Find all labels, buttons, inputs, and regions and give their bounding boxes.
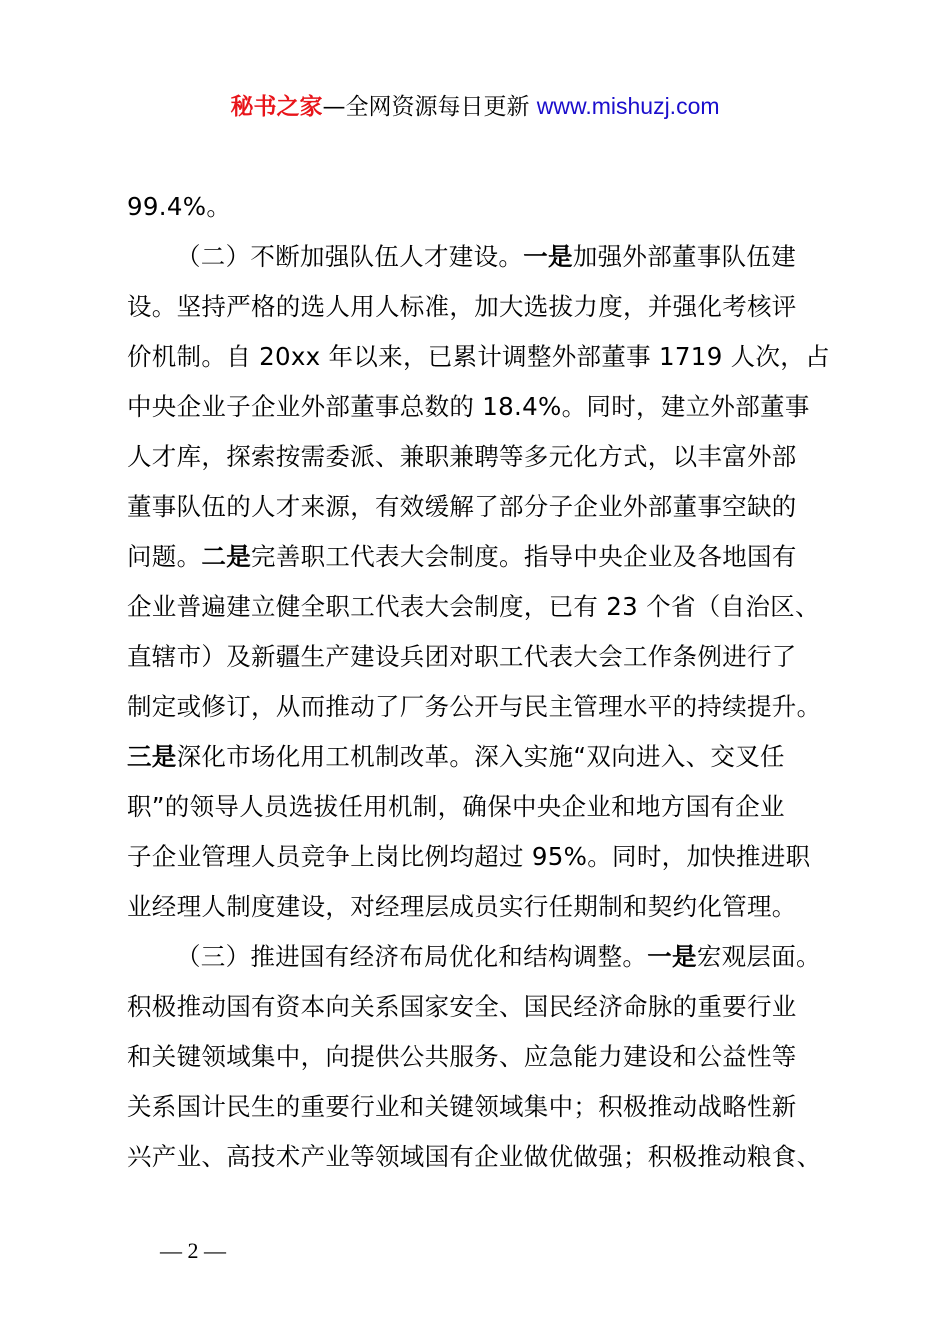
body-line: 兴产业、高技术产业等领域国有企业做优做强；积极推动粮食、 [127, 1138, 821, 1173]
header-tagline: —全网资源每日更新 [322, 94, 529, 120]
body-line: 人才库，探索按需委派、兼职兼聘等多元化方式，以丰富外部 [127, 438, 797, 473]
body-line: 董事队伍的人才来源，有效缓解了部分子企业外部董事空缺的 [127, 488, 797, 523]
body-line: 制定或修订，从而推动了厂务公开与民主管理水平的持续提升。 [127, 688, 821, 723]
section-heading-line: （二）不断加强队伍人才建设。一是加强外部董事队伍建 [176, 238, 796, 273]
section-heading-line: （三）推进国有经济布局优化和结构调整。一是宏观层面。 [176, 938, 821, 973]
site-header: 秘书之家—全网资源每日更新 www.mishuzj.com [0, 88, 950, 121]
body-line: 三是深化市场化用工机制改革。深入实施“双向进入、交叉任 [127, 738, 785, 773]
bold-marker: 一是 [647, 942, 697, 971]
bold-marker: 一是 [523, 242, 573, 271]
body-line: 问题。二是完善职工代表大会制度。指导中央企业及各地国有 [127, 538, 797, 573]
body-line: 积极推动国有资本向关系国家安全、国民经济命脉的重要行业 [127, 988, 797, 1023]
bold-marker: 三是 [127, 742, 177, 771]
body-line: 中央企业子企业外部董事总数的 18.4%。同时，建立外部董事 [127, 388, 810, 423]
body-line: 直辖市）及新疆生产建设兵团对职工代表大会工作条例进行了 [127, 638, 797, 673]
body-line: 和关键领域集中，向提供公共服务、应急能力建设和公益性等 [127, 1038, 797, 1073]
page-number: — 2 — [160, 1238, 226, 1264]
body-line: 业经理人制度建设，对经理层成员实行任期制和契约化管理。 [127, 888, 797, 923]
body-line: 设。坚持严格的选人用人标准，加大选拔力度，并强化考核评 [127, 288, 797, 323]
body-line: 价机制。自 20xx 年以来，已累计调整外部董事 1719 人次，占 [127, 338, 830, 373]
site-url-link[interactable]: www.mishuzj.com [537, 93, 720, 119]
body-line: 子企业管理人员竞争上岗比例均超过 95%。同时，加快推进职 [127, 838, 810, 873]
brand-name: 秘书之家 [230, 94, 322, 120]
body-line: 关系国计民生的重要行业和关键领域集中；积极推动战略性新 [127, 1088, 797, 1123]
body-line: 职”的领导人员选拔任用机制，确保中央企业和地方国有企业 [127, 788, 785, 823]
bold-marker: 二是 [201, 542, 251, 571]
body-line: 99.4%。 [127, 188, 231, 223]
body-line: 企业普遍建立健全职工代表大会制度，已有 23 个省（自治区、 [127, 588, 820, 623]
